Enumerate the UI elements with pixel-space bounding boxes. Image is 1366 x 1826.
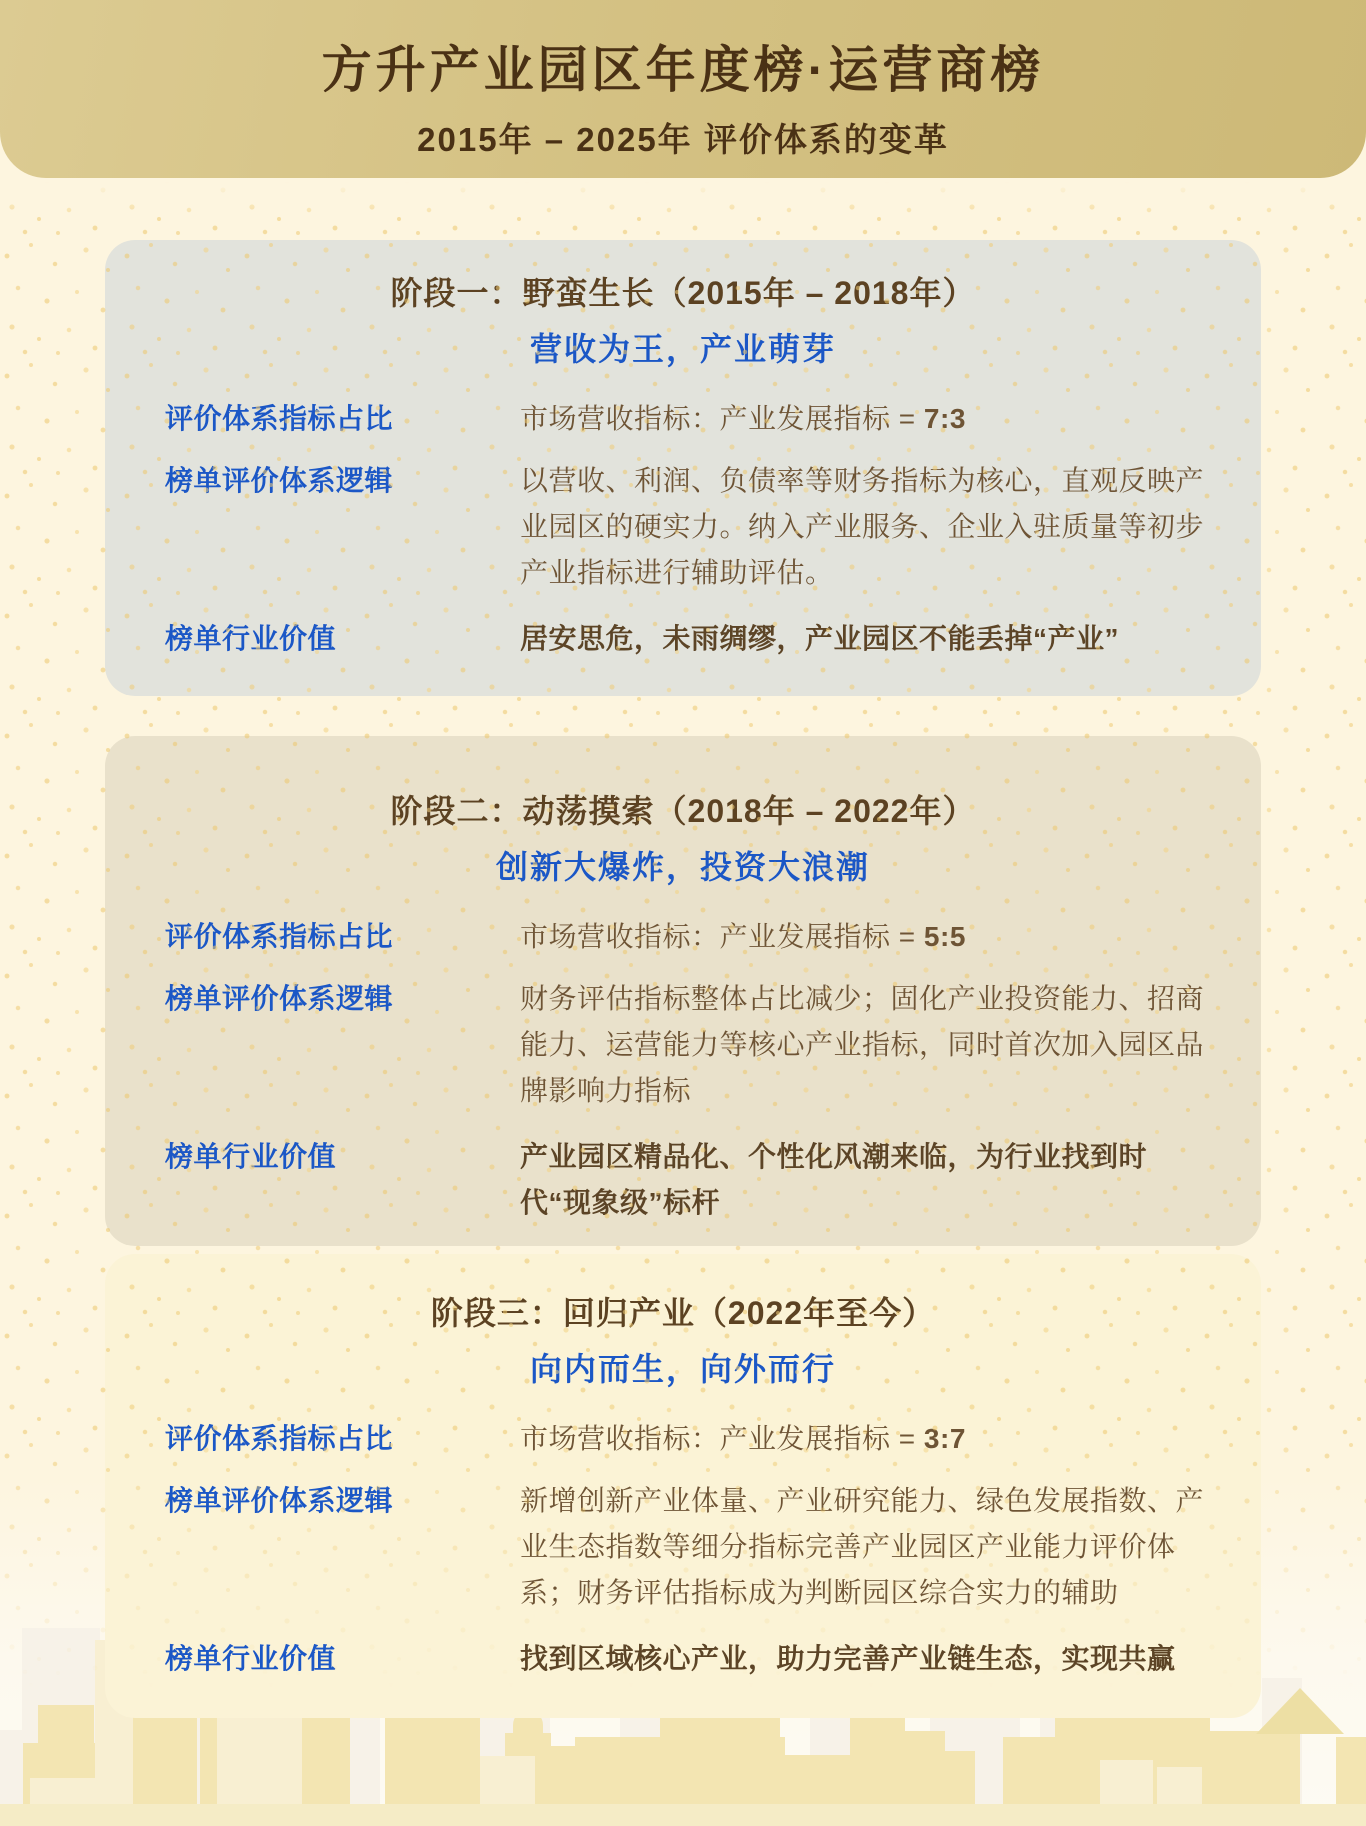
stage-1-rows: 评价体系指标占比 市场营收指标：产业发展指标 = 7:3 榜单评价体系逻辑 以营…	[105, 396, 1261, 662]
industry-value-row-label: 榜单行业价值	[165, 616, 520, 662]
ratio-row: 评价体系指标占比 市场营收指标：产业发展指标 = 5:5	[105, 914, 1261, 960]
industry-value-row-label: 榜单行业价值	[165, 1636, 520, 1682]
ratio-prefix: 市场营收指标：产业发展指标 =	[520, 921, 924, 952]
stage-2-title: 阶段二：动荡摸索（2018年 – 2022年）	[105, 786, 1261, 832]
logic-row-value: 新增创新产业体量、产业研究能力、绿色发展指数、产业生态指数等细分指标完善产业园区…	[520, 1478, 1218, 1616]
stage-3-title: 阶段三：回归产业（2022年至今）	[105, 1288, 1261, 1334]
logic-row-value: 财务评估指标整体占比减少；固化产业投资能力、招商能力、运营能力等核心产业指标，同…	[520, 976, 1218, 1114]
stage-3-rows: 评价体系指标占比 市场营收指标：产业发展指标 = 3:7 榜单评价体系逻辑 新增…	[105, 1416, 1261, 1682]
ratio-value: 3:7	[924, 1423, 966, 1454]
ratio-row: 评价体系指标占比 市场营收指标：产业发展指标 = 3:7	[105, 1416, 1261, 1462]
ratio-row-label: 评价体系指标占比	[165, 914, 520, 960]
industry-value-row-value: 找到区域核心产业，助力完善产业链生态，实现共赢	[520, 1636, 1218, 1682]
stage-card-1: 阶段一：野蛮生长（2015年 – 2018年） 营收为王，产业萌芽 评价体系指标…	[105, 240, 1261, 696]
ratio-row-value: 市场营收指标：产业发展指标 = 5:5	[520, 914, 1218, 960]
logic-row-label: 榜单评价体系逻辑	[165, 1478, 520, 1524]
ratio-value: 5:5	[924, 921, 966, 952]
ratio-row-value: 市场营收指标：产业发展指标 = 7:3	[520, 396, 1218, 442]
industry-value-row-value: 产业园区精品化、个性化风潮来临，为行业找到时代“现象级”标杆	[520, 1134, 1218, 1226]
logic-row-value: 以营收、利润、负债率等财务指标为核心，直观反映产业园区的硬实力。纳入产业服务、企…	[520, 458, 1218, 596]
logic-row-label: 榜单评价体系逻辑	[165, 458, 520, 504]
industry-value-row: 榜单行业价值 产业园区精品化、个性化风潮来临，为行业找到时代“现象级”标杆	[105, 1134, 1261, 1226]
industry-value-row-label: 榜单行业价值	[165, 1134, 520, 1180]
pitched-roof-icon	[1256, 1688, 1344, 1734]
logic-row: 榜单评价体系逻辑 新增创新产业体量、产业研究能力、绿色发展指数、产业生态指数等细…	[105, 1478, 1261, 1616]
skyline-base-strip	[0, 1804, 1366, 1826]
stage-2-subtitle: 创新大爆炸，投资大浪潮	[105, 842, 1261, 888]
industry-value-row: 榜单行业价值 找到区域核心产业，助力完善产业链生态，实现共赢	[105, 1636, 1261, 1682]
page-subtitle: 2015年 – 2025年 评价体系的变革	[0, 114, 1366, 161]
ratio-value: 7:3	[924, 403, 966, 434]
stage-1-subtitle: 营收为王，产业萌芽	[105, 324, 1261, 370]
stage-3-subtitle: 向内而生，向外而行	[105, 1344, 1261, 1390]
stage-1-title: 阶段一：野蛮生长（2015年 – 2018年）	[105, 268, 1261, 314]
logic-row-label: 榜单评价体系逻辑	[165, 976, 520, 1022]
stage-2-rows: 评价体系指标占比 市场营收指标：产业发展指标 = 5:5 榜单评价体系逻辑 财务…	[105, 914, 1261, 1226]
industry-value-row-value: 居安思危，未雨绸缪，产业园区不能丢掉“产业”	[520, 616, 1218, 662]
ratio-prefix: 市场营收指标：产业发展指标 =	[520, 1423, 924, 1454]
ratio-prefix: 市场营收指标：产业发展指标 =	[520, 403, 924, 434]
ratio-row-label: 评价体系指标占比	[165, 1416, 520, 1462]
page-title: 方升产业园区年度榜·运营商榜	[0, 0, 1366, 102]
logic-row: 榜单评价体系逻辑 以营收、利润、负债率等财务指标为核心，直观反映产业园区的硬实力…	[105, 458, 1261, 596]
ratio-row: 评价体系指标占比 市场营收指标：产业发展指标 = 7:3	[105, 396, 1261, 442]
header-banner: 方升产业园区年度榜·运营商榜 2015年 – 2025年 评价体系的变革	[0, 0, 1366, 178]
stage-card-3: 阶段三：回归产业（2022年至今） 向内而生，向外而行 评价体系指标占比 市场营…	[105, 1254, 1261, 1718]
ratio-row-value: 市场营收指标：产业发展指标 = 3:7	[520, 1416, 1218, 1462]
logic-row: 榜单评价体系逻辑 财务评估指标整体占比减少；固化产业投资能力、招商能力、运营能力…	[105, 976, 1261, 1114]
stage-card-2: 阶段二：动荡摸索（2018年 – 2022年） 创新大爆炸，投资大浪潮 评价体系…	[105, 736, 1261, 1246]
ratio-row-label: 评价体系指标占比	[165, 396, 520, 442]
industry-value-row: 榜单行业价值 居安思危，未雨绸缪，产业园区不能丢掉“产业”	[105, 616, 1261, 662]
